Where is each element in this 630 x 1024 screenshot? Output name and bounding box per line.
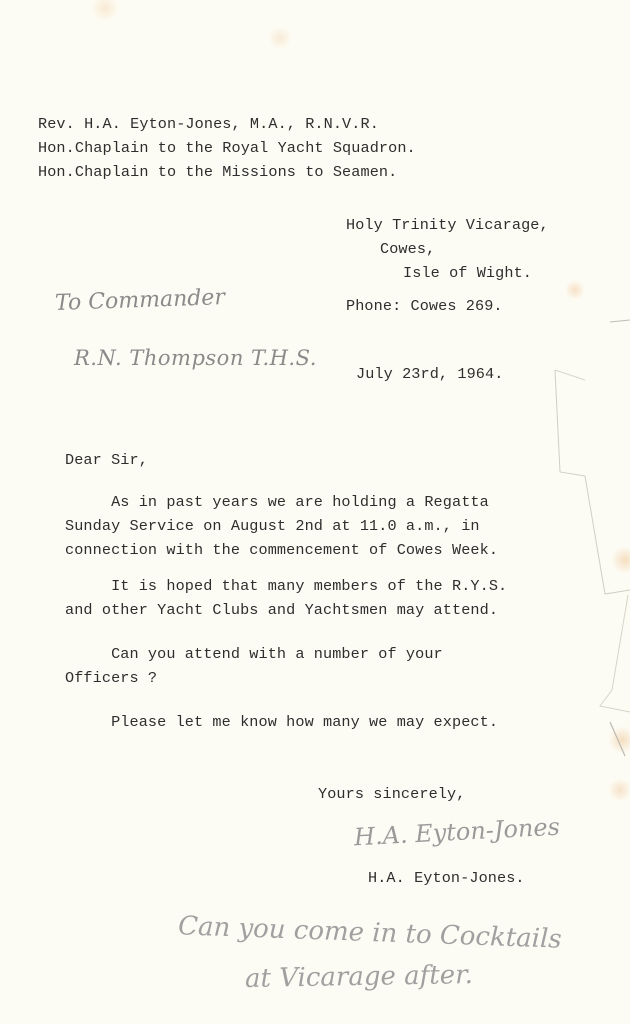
body-line: Can you attend with a number of your [65, 642, 443, 666]
letter-page: Rev. H.A. Eyton-Jones, M.A., R.N.V.R. Ho… [0, 0, 630, 1024]
signatory-name: H.A. Eyton-Jones. [368, 866, 525, 890]
letterhead-name-line: Rev. H.A. Eyton-Jones, M.A., R.N.V.R. [38, 112, 379, 136]
body-line: and other Yacht Clubs and Yachtsmen may … [65, 598, 507, 622]
body-line: It is hoped that many members of the R.Y… [65, 574, 507, 598]
address-line-3: Isle of Wight. [403, 261, 532, 285]
body-line: Officers ? [65, 666, 443, 690]
address-line-2: Cowes, [380, 237, 435, 261]
handwritten-addressee-line-2: R.N. Thompson T.H.S. [74, 346, 317, 370]
body-line: Sunday Service on August 2nd at 11.0 a.m… [65, 514, 498, 538]
letter-date: July 23rd, 1964. [356, 362, 503, 386]
body-paragraph-1: As in past years we are holding a Regatt… [65, 490, 498, 562]
handwritten-postscript-line-2: at Vicarage after. [245, 960, 473, 994]
letterhead-chaplain-rys-line: Hon.Chaplain to the Royal Yacht Squadron… [38, 136, 416, 160]
body-line: Please let me know how many we may expec… [65, 710, 498, 734]
body-paragraph-2: It is hoped that many members of the R.Y… [65, 574, 507, 622]
body-line: As in past years we are holding a Regatt… [65, 490, 498, 514]
closing: Yours sincerely, [318, 782, 465, 806]
body-paragraph-4: Please let me know how many we may expec… [65, 710, 498, 734]
salutation: Dear Sir, [65, 448, 148, 472]
handwritten-addressee-line-1: To Commander [55, 285, 226, 316]
address-line-1: Holy Trinity Vicarage, [346, 213, 549, 237]
handwritten-postscript-line-1: Can you come in to Cocktails [178, 911, 563, 954]
handwritten-signature: H.A. Eyton-Jones [353, 813, 560, 852]
letterhead-chaplain-missions-line: Hon.Chaplain to the Missions to Seamen. [38, 160, 397, 184]
body-paragraph-3: Can you attend with a number of your Off… [65, 642, 443, 690]
phone-line: Phone: Cowes 269. [346, 294, 503, 318]
body-line: connection with the commencement of Cowe… [65, 538, 498, 562]
